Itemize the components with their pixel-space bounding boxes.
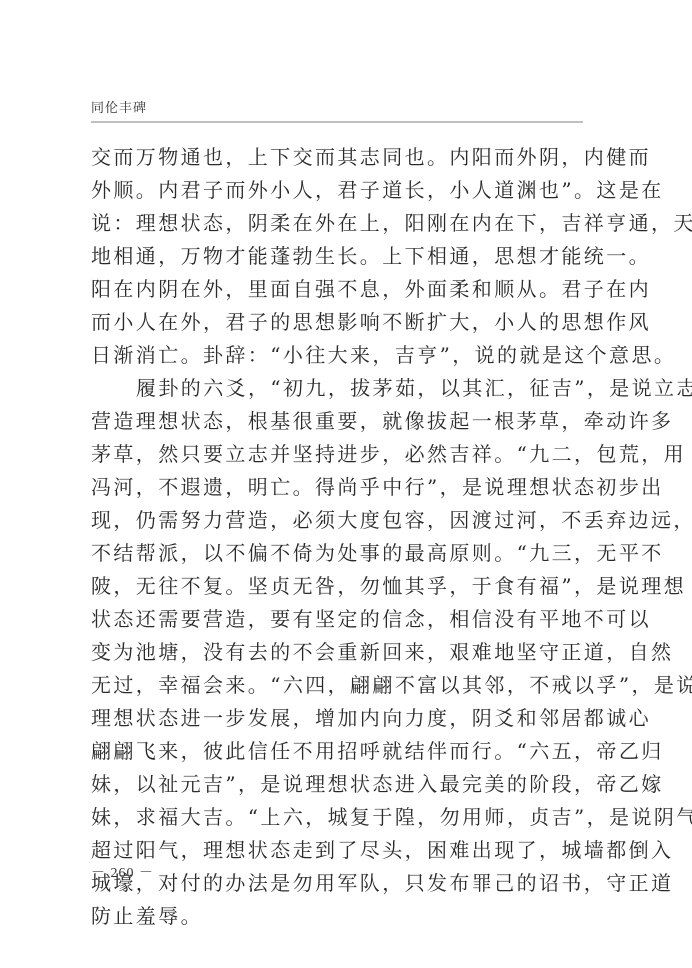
text-line: 外顺。内君子而外小人，君子道长，小人道渊也”。这是在 [91,174,591,207]
text-line: 城壕，对付的办法是勿用军队，只发布罪己的诏书，守正道 [91,867,591,900]
text-line: 茅草，然只要立志并坚持进步，必然吉祥。“九二，包荒，用 [91,438,591,471]
text-line: 阳在内阴在外，里面自强不息，外面柔和顺从。君子在内 [91,273,591,306]
text-line: 不结帮派，以不偏不倚为处事的最高原则。“九三，无平不 [91,537,591,570]
running-title: 同伦丰碑 [91,100,583,118]
page-number: － 260 － [91,862,154,882]
text-line: 冯河，不遐遗，明亡。得尚乎中行”，是说理想状态初步出 [91,471,591,504]
text-line: 超过阳气，理想状态走到了尽头，困难出现了，城墙都倒入 [91,834,591,867]
paragraph-start-line: 履卦的六爻，“初九，拔茅茹，以其汇，征吉”，是说立志 [91,372,591,405]
text-line: 而小人在外，君子的思想影响不断扩大，小人的思想作风 [91,306,591,339]
running-header: 同伦丰碑 [91,100,583,123]
text-line: 妹，求福大吉。“上六，城复于隍，勿用师，贞吉”，是说阴气 [91,801,591,834]
text-line: 现，仍需努力营造，必须大度包容，因渡过河，不丢弃边远， [91,504,591,537]
text-line: 理想状态进一步发展，增加内向力度，阴爻和邻居都诚心 [91,702,591,735]
text-line: 地相通，万物才能蓬勃生长。上下相通，思想才能统一。 [91,240,591,273]
text-line: 日渐消亡。卦辞：“小往大来，吉亨”，说的就是这个意思。 [91,339,591,372]
header-rule [91,121,583,123]
text-line: 陂，无往不复。坚贞无咎，勿恤其孚，于食有福”，是说理想 [91,570,591,603]
text-line: 营造理想状态，根基很重要，就像拔起一根茅草，牵动许多 [91,405,591,438]
text-line: 交而万物通也，上下交而其志同也。内阳而外阴，内健而 [91,141,591,174]
text-line: 状态还需要营造，要有坚定的信念，相信没有平地不可以 [91,603,591,636]
text-line: 妹，以祉元吉”，是说理想状态进入最完美的阶段，帝乙嫁 [91,768,591,801]
text-line: 防止羞辱。 [91,900,591,933]
text-line: 翩翩飞来，彼此信任不用招呼就结伴而行。“六五，帝乙归 [91,735,591,768]
text-line: 说：理想状态，阴柔在外在上，阳刚在内在下，吉祥亨通，天 [91,207,591,240]
text-line: 无过，幸福会来。“六四，翩翩不富以其邻，不戒以孚”，是说 [91,669,591,702]
text-line: 变为池塘，没有去的不会重新回来，艰难地坚守正道，自然 [91,636,591,669]
body-text: 交而万物通也，上下交而其志同也。内阳而外阴，内健而 外顺。内君子而外小人，君子道… [91,141,591,933]
